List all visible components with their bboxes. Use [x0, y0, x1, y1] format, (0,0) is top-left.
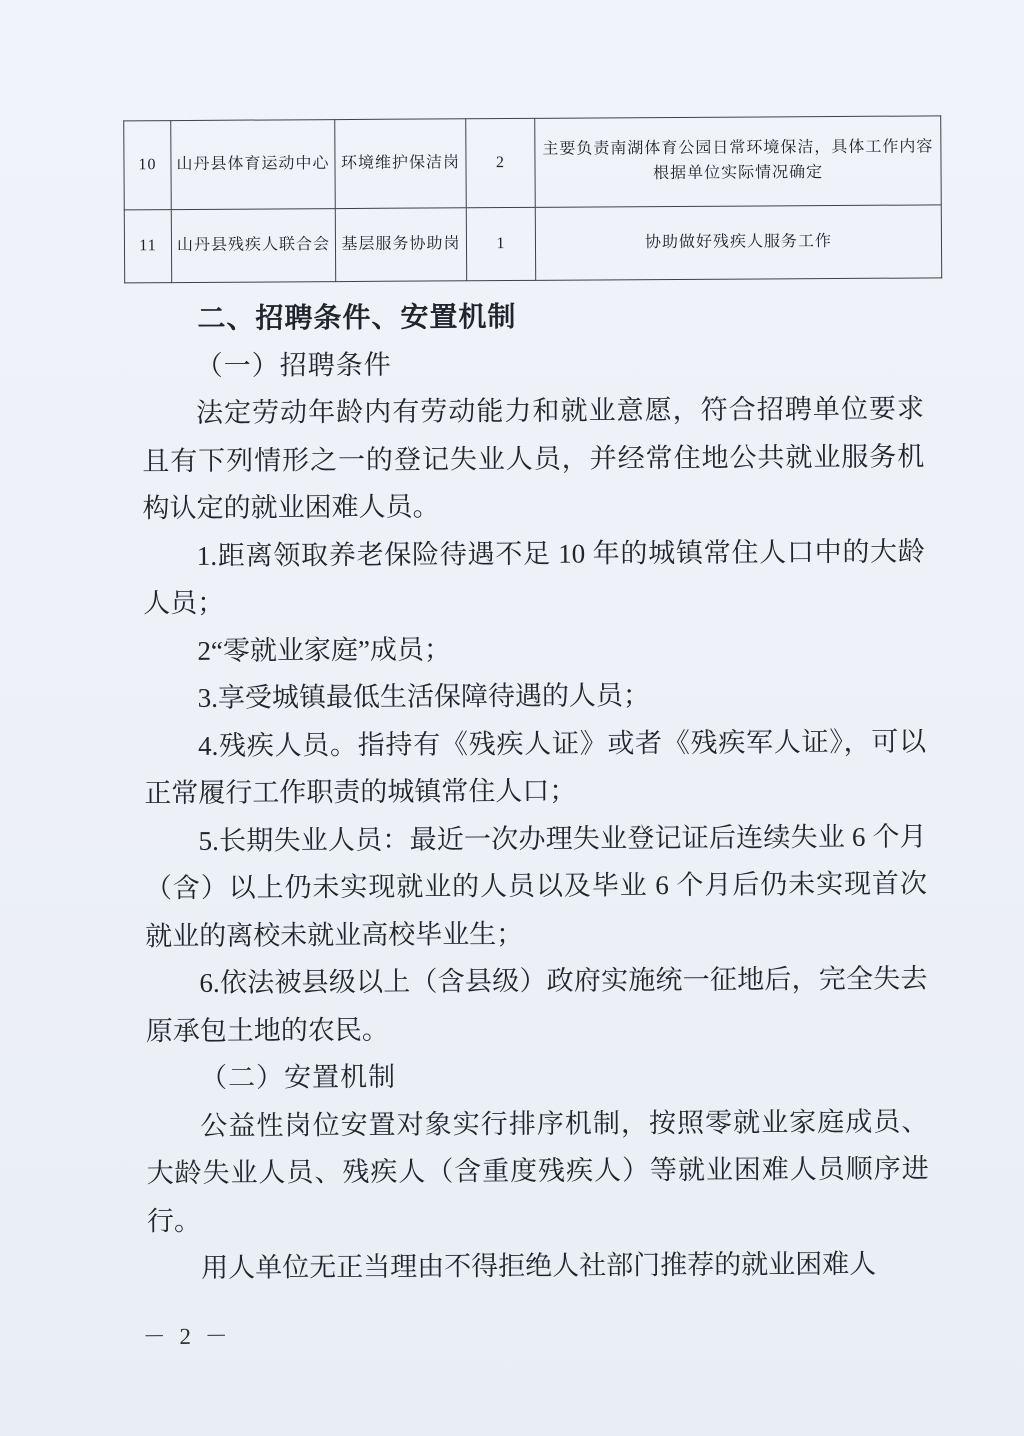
- list-item-5: 5.长期失业人员：最近一次办理失业登记证后连续失业 6 个月（含）以上仍未实现就…: [144, 813, 927, 960]
- document-body: 二、招聘条件、安置机制 （一）招聘条件 法定劳动年龄内有劳动能力和就业意愿，符合…: [141, 290, 929, 1292]
- cell-headcount: 1: [466, 207, 535, 280]
- cell-unit-name: 山丹县体育运动中心: [171, 120, 336, 210]
- cell-unit-name: 山丹县残疾人联合会: [171, 209, 335, 283]
- document-page: 10 山丹县体育运动中心 环境维护保洁岗 2 主要负责南湖体育公园日常环境保洁，…: [0, 0, 1024, 1436]
- list-item-4: 4.残疾人员。指持有《残疾人证》或者《残疾军人证》，可以正常履行工作职责的城镇常…: [144, 718, 927, 818]
- scanned-sheet: 10 山丹县体育运动中心 环境维护保洁岗 2 主要负责南湖体育公园日常环境保洁，…: [0, 0, 1024, 1436]
- cell-duty: 协助做好残疾人服务工作: [535, 205, 941, 280]
- page-number: － 2 －: [143, 1318, 232, 1352]
- cell-post-name: 环境维护保洁岗: [335, 119, 467, 209]
- list-item-2: 2“零就业家庭”成员；: [143, 623, 925, 675]
- cell-row-no: 11: [124, 210, 171, 283]
- paragraph-employer-rule: 用人单位无正当理由不得拒绝人社部门推荐的就业困难人: [147, 1240, 929, 1292]
- subsection-heading-placement-mechanism: （二）安置机制: [146, 1050, 928, 1102]
- table-row: 10 山丹县体育运动中心 环境维护保洁岗 2 主要负责南湖体育公园日常环境保洁，…: [124, 116, 942, 210]
- cell-row-no: 10: [124, 121, 172, 210]
- paragraph-conditions-intro: 法定劳动年龄内有劳动能力和就业意愿，符合招聘单位要求且有下列情形之一的登记失业人…: [142, 385, 925, 532]
- subsection-heading-recruit-conditions: （一）招聘条件: [142, 338, 924, 390]
- list-item-1: 1.距离领取养老保险待遇不足 10 年的城镇常住人口中的大龄人员；: [143, 528, 926, 628]
- section-heading: 二、招聘条件、安置机制: [141, 290, 923, 342]
- list-item-3: 3.享受城镇最低生活保障待遇的人员；: [144, 670, 926, 722]
- paragraph-placement-order: 公益性岗位安置对象实行排序机制，按照零就业家庭成员、大龄失业人员、残疾人（含重度…: [146, 1098, 929, 1245]
- cell-duty: 主要负责南湖体育公园日常环境保洁，具体工作内容根据单位实际情况确定: [535, 116, 942, 207]
- list-item-6: 6.依法被县级以上（含县级）政府实施统一征地后，完全失去原承包土地的农民。: [145, 955, 928, 1055]
- table-row: 11 山丹县残疾人联合会 基层服务协助岗 1 协助做好残疾人服务工作: [124, 205, 941, 283]
- cell-headcount: 2: [466, 118, 536, 207]
- job-post-table-wrap: 10 山丹县体育运动中心 环境维护保洁岗 2 主要负责南湖体育公园日常环境保洁，…: [123, 115, 941, 283]
- job-post-table: 10 山丹县体育运动中心 环境维护保洁岗 2 主要负责南湖体育公园日常环境保洁，…: [123, 115, 942, 283]
- cell-post-name: 基层服务协助岗: [335, 208, 466, 282]
